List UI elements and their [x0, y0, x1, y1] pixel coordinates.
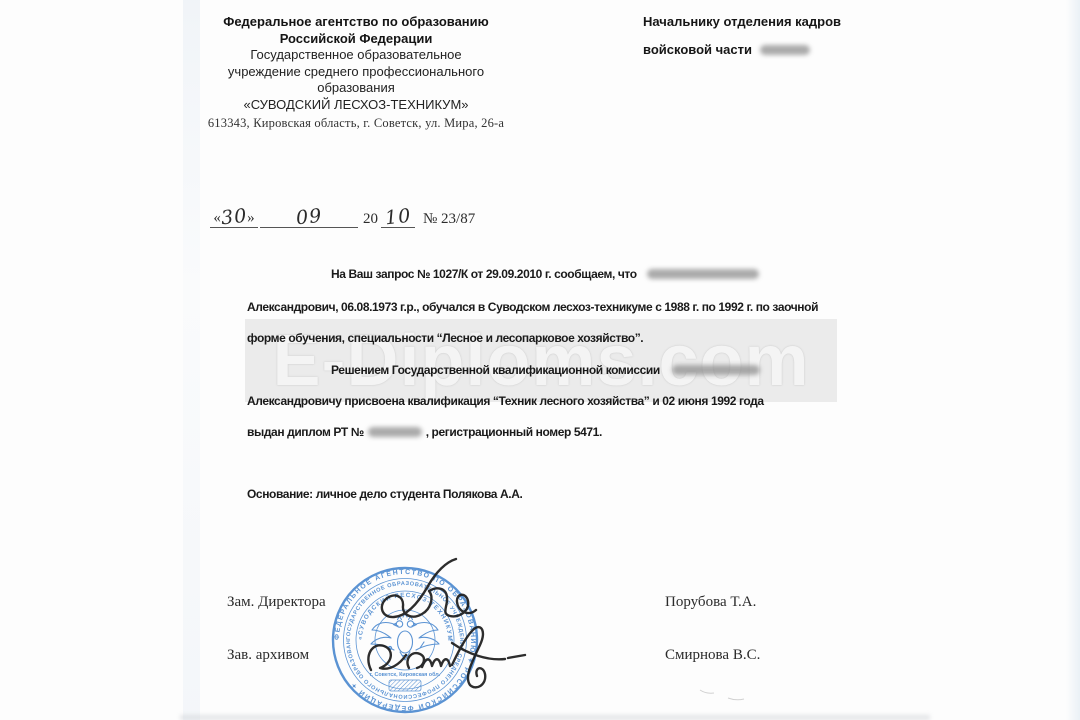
letterhead-institution-line2: учреждение среднего профессионального	[183, 64, 529, 81]
body-line: форме обучения, специальности “Лесное и …	[247, 331, 643, 345]
scan-speck	[728, 698, 744, 700]
letterhead-org-name: «СУВОДСКИЙ ЛЕСХОЗ-ТЕХНИКУМ»	[183, 97, 529, 114]
letterhead: Федеральное агентство по образованию Рос…	[183, 14, 529, 132]
addressee-line2: войсковой части	[643, 42, 841, 57]
redacted-diploma-number	[368, 427, 422, 437]
redacted-unit-number	[760, 45, 810, 55]
letterhead-agency-line2: Российской Федерации	[183, 31, 529, 48]
signatory-name-smirnova: Смирнова В.С.	[665, 647, 760, 664]
letterhead-address: 613343, Кировская область, г. Советск, у…	[183, 115, 529, 132]
scan-artifact-bottom	[180, 715, 930, 720]
addressee-block: Начальнику отделения кадров войсковой ча…	[643, 14, 841, 57]
date-year-segment: 10	[381, 205, 415, 228]
date-century: 20	[363, 211, 378, 228]
addressee-unit-label: войсковой части	[643, 42, 752, 57]
scanned-letter-page: Федеральное агентство по образованию Рос…	[0, 0, 1080, 720]
signatory-name-porubova: Порубова Т.А.	[665, 594, 756, 611]
round-stamp: ФЕДЕРАЛЬНОЕ АГЕНТСТВО ПО ОБРАЗОВАНИЮ ✦ Р…	[325, 560, 485, 720]
body-line: На Ваш запрос № 1027/К от 29.09.2010 г. …	[247, 267, 759, 281]
body-line: Решением Государственной квалификационно…	[247, 363, 760, 377]
body-line: Александрович, 06.08.1973 г.р., обучался…	[247, 300, 818, 314]
stamp-cartouche	[389, 680, 421, 691]
redacted-name	[647, 269, 759, 279]
redacted-name	[672, 365, 760, 375]
body-line: выдан диплом РТ №, регистрационный номер…	[247, 425, 602, 439]
basis-line: Основание: личное дело студента Полякова…	[247, 487, 522, 501]
document-number: № 23/87	[423, 211, 475, 228]
date-month-segment: 09	[260, 205, 358, 228]
letterhead-agency-line1: Федеральное агентство по образованию	[183, 14, 529, 31]
scan-speck	[700, 690, 714, 693]
stamp-place-text: г. Советск, Кировская обл.	[370, 671, 441, 678]
scan-artifact-right-edge	[1066, 0, 1080, 720]
eagle-emblem	[371, 614, 439, 661]
date-day-segment: «30»	[210, 205, 258, 228]
signature-title-archive-head: Зав. архивом	[227, 647, 309, 664]
body-line: Александровичу присвоена квалификация “Т…	[247, 394, 764, 408]
date-day-handwritten: 30	[220, 205, 248, 230]
date-month-handwritten: 09	[295, 205, 323, 230]
letterhead-institution-line1: Государственное образовательное	[183, 47, 529, 64]
date-year-handwritten: 10	[384, 205, 412, 230]
signature-dash	[508, 655, 525, 658]
letterhead-institution-line3: образования	[183, 80, 529, 97]
date-and-number-line: «30» 09 20 10 № 23/87	[210, 204, 475, 228]
addressee-line1: Начальнику отделения кадров	[643, 14, 841, 29]
signature-title-deputy-director: Зам. Директора	[227, 594, 326, 611]
stamp-graphic: ФЕДЕРАЛЬНОЕ АГЕНТСТВО ПО ОБРАЗОВАНИЮ ✦ Р…	[325, 560, 485, 720]
